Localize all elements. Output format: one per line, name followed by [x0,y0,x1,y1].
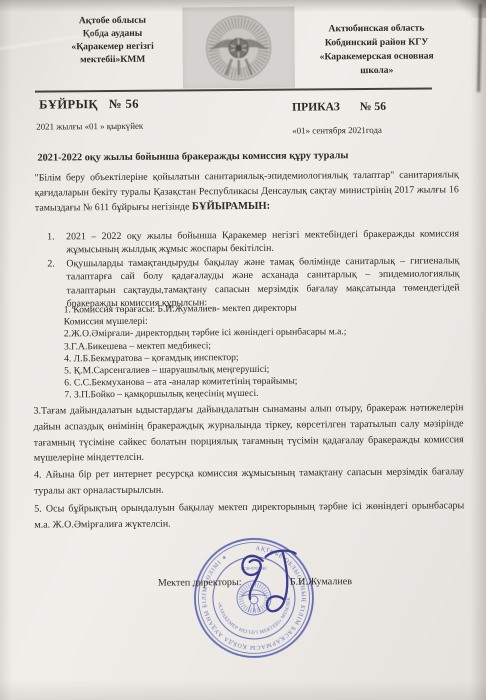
emblem-box [182,7,295,89]
clause-3: 3.Тағам дайындалатын ыдыстардағы дайында… [33,400,463,467]
directive-number: 2. [47,257,66,311]
document-content: Ақтобе облысы Қобда ауданы «Қаракемер не… [0,0,486,700]
order-subject: 2021-2022 оқу жылы бойынша бракеражды ко… [37,149,459,163]
order-number-russian: № 56 [360,100,386,113]
letterhead-kazakh-line: мектебіі»КММ [30,52,196,66]
order-preamble: "Білім беру объектілеріне қойылатын сани… [35,168,459,216]
letterhead-russian-line: школа» [294,63,460,78]
directive-text: 2021 – 2022 оқу жылы бойынша Қаракемер н… [66,227,459,257]
letterhead-russian-line: Актюбинская область [293,21,459,36]
letterhead-kazakh: Ақтобе облысы Қобда ауданы «Қаракемер не… [29,13,195,66]
letterhead-kazakh-line: «Қаракемер негізгі [30,39,196,53]
preamble-verb: БҰЙЫРАМЫН: [192,200,270,212]
order-word-kazakh: БҰЙРЫҚ [39,97,98,111]
letterhead-russian-line: Кобдинский район КГУ [294,35,460,50]
letterhead-russian-line: «Каракемерская основная [294,49,460,64]
order-date-kazakh: 2021 жылғы «01 » қыркүйек [36,121,143,132]
commission-line: 7. З.П.Бойко – қамқоршылық кеңесінің мүш… [64,387,462,402]
kazakhstan-emblem-icon [186,9,291,86]
commission-list: 1. Комиссия төрағасы: Б.И.Жумалиев- мект… [64,301,463,402]
letterhead-divider [35,88,432,93]
letterhead-kazakh-line: Қобда ауданы [29,26,195,40]
order-word-russian: ПРИКАЗ [292,100,340,113]
order-heading-kazakh: БҰЙРЫҚ№ 56 [39,97,139,113]
letterhead-kazakh-line: Ақтобе облысы [29,13,195,27]
directive-list: 1. 2021 – 2022 оқу жылы бойынша Қаракеме… [47,227,460,311]
order-date-russian: «01» сентября 2021года [292,125,382,136]
signature-name: Б.И.Жумалиев [290,576,352,587]
order-heading-russian: ПРИКАЗ№ 56 [292,100,386,114]
clause-5: 5. Осы бұйрықтың орындалуын бақылау мект… [34,498,464,533]
directive-number: 1. [47,230,66,257]
letterhead-russian: Актюбинская область Кобдинский район КГУ… [293,21,459,78]
directive-item: 1. 2021 – 2022 оқу жылы бойынша Қаракеме… [47,227,459,257]
clause-4: 4. Айына бір рет интернет ресурсқа комис… [34,464,464,499]
order-number-kazakh: № 56 [109,97,139,111]
scanned-order-document: Ақтобе облысы Қобда ауданы «Қаракемер не… [0,0,486,700]
signature-label: Мектеп директоры: [158,577,242,589]
